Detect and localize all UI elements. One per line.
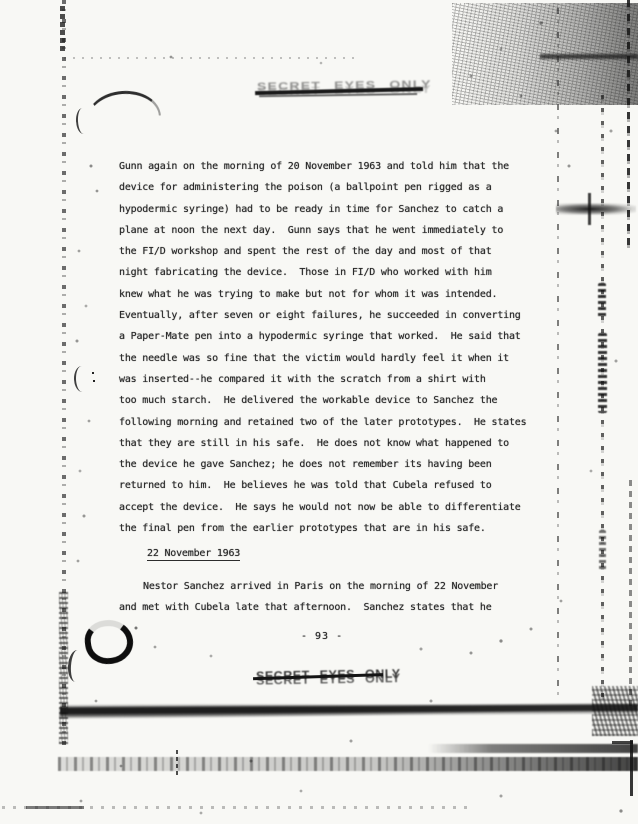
scan-right-dense-segment-1 — [598, 283, 606, 318]
scan-vertical-line-outer — [601, 95, 604, 703]
scan-bottom-right-bracket-vertical — [630, 740, 633, 796]
text-line: following morning and retained two of th… — [119, 412, 526, 433]
scan-left-top-mark — [60, 6, 65, 52]
text-line: the device he gave Sanchez; he does not … — [119, 454, 526, 475]
scan-vertical-line-inner — [557, 8, 559, 703]
text-line: hypodermic syringe) had to be ready in t… — [119, 199, 526, 220]
text-line: Gunn again on the morning of 20 November… — [119, 156, 526, 177]
body-paragraph-1: Gunn again on the morning of 20 November… — [119, 156, 526, 539]
scan-lower-tick-mark — [176, 750, 178, 776]
text-line: accept the device. He says he would not … — [119, 497, 526, 518]
scan-lower-speckle-band — [58, 757, 638, 771]
scan-right-edge-line-bottom — [629, 480, 632, 710]
scan-paren-mark-top — [75, 108, 90, 135]
scan-pen-arc-mark — [85, 88, 161, 120]
text-line: that they are still in his safe. He does… — [119, 433, 526, 454]
scan-paren-mark-bottom — [67, 649, 86, 682]
scan-top-right-streak — [540, 54, 638, 59]
scan-right-smudge-horizontal — [556, 203, 636, 215]
text-line: the final pen from the earlier prototype… — [119, 518, 526, 539]
scan-page-edge-band — [60, 699, 638, 721]
scan-bottom-dash — [26, 806, 84, 809]
scan-top-dotted-line — [64, 57, 354, 59]
text-line: night fabricating the device. Those in F… — [119, 262, 526, 283]
text-line: Nestor Sanchez arrived in Paris on the m… — [119, 576, 498, 597]
text-line: and met with Cubela late that afternoon.… — [119, 597, 498, 618]
scan-bottom-dotted-line — [2, 806, 472, 809]
scan-dot-marks — [92, 372, 94, 374]
text-line: the needle was so fine that the victim w… — [119, 348, 526, 369]
text-line: Eventually, after seven or eight failure… — [119, 305, 526, 326]
classification-stamp-bottom: SECRET EYES ONLY — [256, 665, 401, 686]
text-line: returned to him. He believes he was told… — [119, 475, 526, 496]
body-paragraph-2: Nestor Sanchez arrived in Paris on the m… — [119, 576, 498, 619]
scan-lower-streak-right — [428, 744, 638, 753]
scan-paren-mark-middle — [74, 366, 91, 393]
scan-right-smudge-vertical — [588, 193, 591, 225]
page-number: - 93 - — [301, 631, 343, 642]
scanned-document-page: SECRET EYES ONLY Gunn again on the morni… — [0, 0, 638, 824]
text-line: too much starch. He delivered the workab… — [119, 390, 526, 411]
scan-left-edge-noise — [59, 592, 68, 744]
scan-ink-blob-ring — [82, 617, 136, 667]
text-line: knew what he was trying to make but not … — [119, 284, 526, 305]
text-line: a Paper-Mate pen into a hypodermic syrin… — [119, 326, 526, 347]
scan-right-edge-line-top — [627, 0, 630, 250]
scan-bottom-right-blob — [592, 686, 638, 736]
scan-right-dense-segment-3 — [599, 530, 606, 570]
scan-top-right-noise — [452, 3, 638, 105]
date-section-heading: 22 November 1963 — [147, 548, 240, 561]
text-line: the FI/D workshop and spent the rest of … — [119, 241, 526, 262]
text-line: device for administering the poison (a b… — [119, 177, 526, 198]
scan-bottom-right-bracket-horizontal — [612, 741, 633, 744]
scan-speckle-dots — [0, 0, 2, 2]
text-line: plane at noon the next day. Gunn says th… — [119, 220, 526, 241]
classification-stamp-top: SECRET EYES ONLY — [257, 76, 432, 96]
scan-left-edge-line — [62, 0, 66, 748]
scan-right-dense-segment-2 — [598, 333, 607, 413]
text-line: was inserted--he compared it with the sc… — [119, 369, 526, 390]
